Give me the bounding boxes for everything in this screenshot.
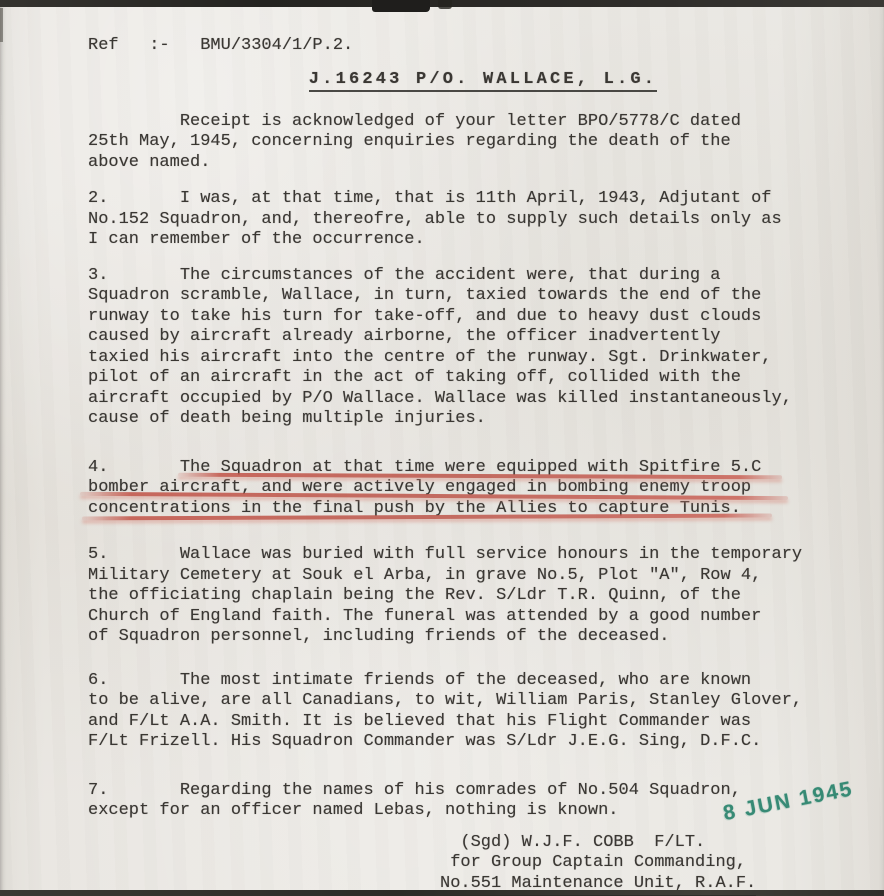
paragraph-line: I can remember of the occurrence. (88, 230, 844, 251)
paragraph-line: 5. Wallace was buried with full service … (88, 545, 844, 566)
paragraph-line: 3. The circumstances of the accident wer… (88, 266, 844, 287)
signature-unit-text: No.551 Maintenance Unit, R.A.F. (440, 874, 756, 896)
paragraph-line: runway to take his turn for take-off, an… (88, 307, 844, 328)
paragraph-line: Military Cemetery at Souk el Arba, in gr… (88, 566, 844, 587)
scanned-letter-page: Ref :- BMU/3304/1/P.2. J.16243 P/O. WALL… (0, 0, 884, 896)
reference-line: Ref :- BMU/3304/1/P.2. (88, 36, 844, 57)
paragraph-line: taxied his aircraft into the centre of t… (88, 348, 844, 369)
paragraph-line: to be alive, are all Canadians, to wit, … (88, 691, 844, 712)
document-title: J.16243 P/O. WALLACE, L.G. (309, 70, 657, 92)
paragraph-line: 4. The Squadron at that time were equipp… (88, 458, 844, 479)
paragraph-5: 5. Wallace was buried with full service … (88, 545, 844, 648)
paragraph-line: and F/Lt A.A. Smith. It is believed that… (88, 712, 844, 733)
paragraph-line: the officiating chaplain being the Rev. … (88, 586, 844, 607)
scan-artifact-top-2 (438, 0, 452, 9)
paragraph-line: Church of England faith. The funeral was… (88, 607, 844, 628)
paragraph-line: 7. Regarding the names of his comrades o… (88, 781, 844, 802)
paragraph-line: 2. I was, at that time, that is 11th Apr… (88, 189, 844, 210)
paragraph-2: 2. I was, at that time, that is 11th Apr… (88, 189, 844, 251)
paragraph-line: 6. The most intimate friends of the dece… (88, 671, 844, 692)
paragraph-3: 3. The circumstances of the accident wer… (88, 266, 844, 430)
signature-name-line: (Sgd) W.J.F. COBB F/LT. (440, 833, 844, 854)
paragraph-line: above named. (88, 153, 844, 174)
paragraph-line: 25th May, 1945, concerning enquiries reg… (88, 132, 844, 153)
paragraph-line: No.152 Squadron, and, thereofre, able to… (88, 210, 844, 231)
paragraph-line: caused by aircraft already airborne, the… (88, 327, 844, 348)
paragraph-line: aircraft occupied by P/O Wallace. Wallac… (88, 389, 844, 410)
title-row: J.16243 P/O. WALLACE, L.G. (122, 70, 844, 92)
signature-unit-line: No.551 Maintenance Unit, R.A.F. (440, 874, 844, 896)
paragraph-line: cause of death being multiple injuries. (88, 409, 844, 430)
paragraph-line: Squadron scramble, Wallace, in turn, tax… (88, 286, 844, 307)
paragraph-line: pilot of an aircraft in the act of takin… (88, 368, 844, 389)
paragraph-line: F/Lt Frizell. His Squadron Commander was… (88, 732, 844, 753)
paragraph-line: concentrations in the final push by the … (88, 499, 844, 520)
signature-block: (Sgd) W.J.F. COBB F/LT. for Group Captai… (440, 833, 844, 896)
paragraph-line: bomber aircraft, and were actively engag… (88, 478, 844, 499)
paragraph-6: 6. The most intimate friends of the dece… (88, 671, 844, 753)
paragraph-line: of Squadron personnel, including friends… (88, 627, 844, 648)
scan-artifact-top (372, 0, 430, 12)
scan-artifact-left (0, 8, 3, 42)
letter-body: Ref :- BMU/3304/1/P.2. J.16243 P/O. WALL… (88, 36, 844, 896)
paragraph-1: Receipt is acknowledged of your letter B… (88, 112, 844, 174)
signature-role-line: for Group Captain Commanding, (440, 853, 844, 874)
paragraph-4-highlighted: 4. The Squadron at that time were equipp… (88, 458, 844, 520)
paragraph-line: Receipt is acknowledged of your letter B… (88, 112, 844, 133)
